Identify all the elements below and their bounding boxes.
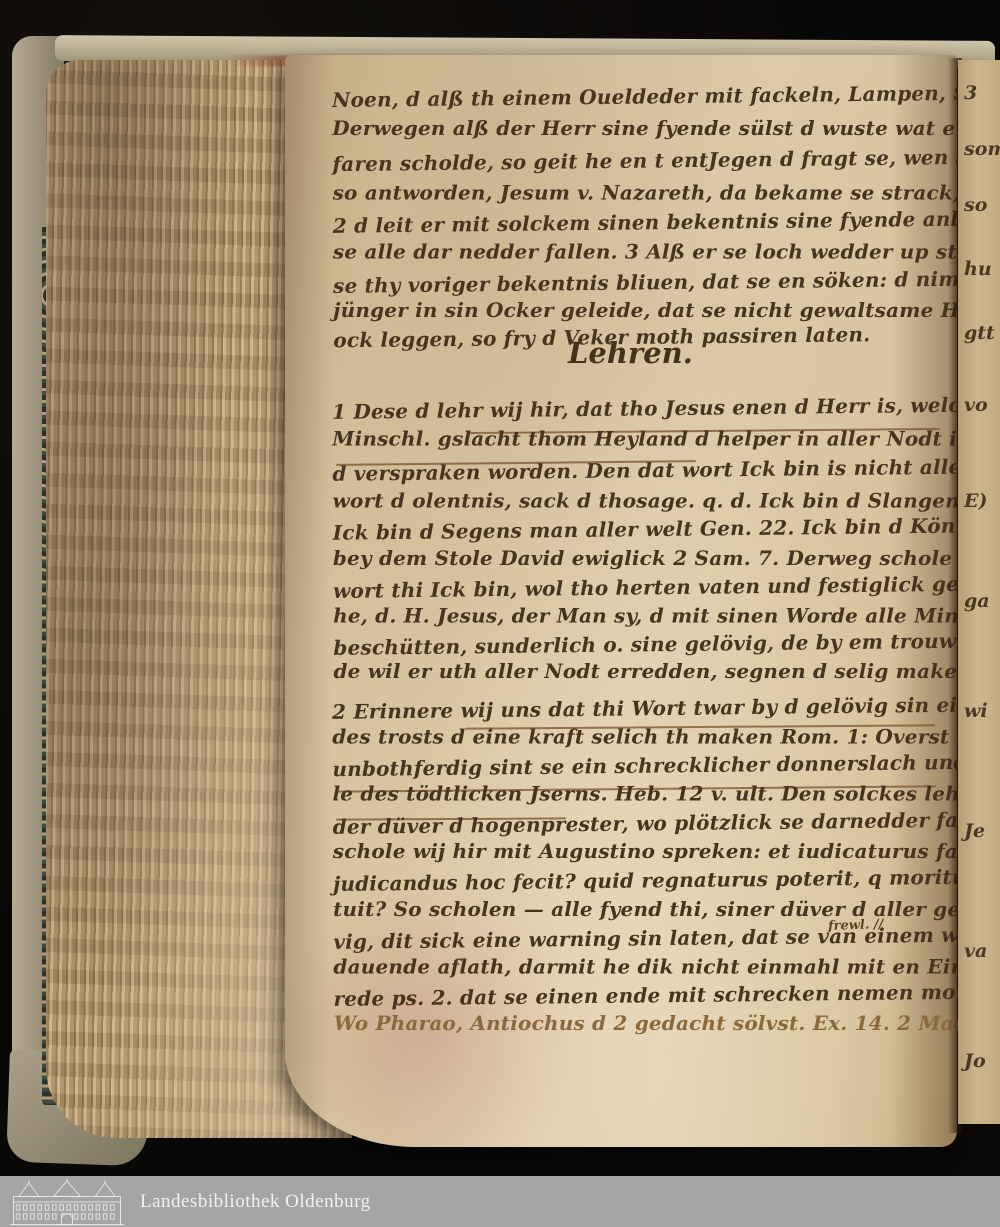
text-line: tuit? So scholen — alle fyend thi, siner… (333, 897, 982, 921)
text-fragment: ga (964, 590, 990, 612)
next-page-sliver: 3 som so hu gtt vo E) ga wi Je va Jo (958, 60, 1000, 1124)
text-line: de wil er uth aller Nodt erredden, segne… (333, 659, 1000, 683)
text-line: bey dem Stole David ewiglick 2 Sam. 7. D… (333, 546, 1000, 570)
text-fragment: va (964, 940, 987, 962)
text-fragment: vo (964, 394, 988, 416)
text-line: Derwegen alß der Herr sine fyende sülst … (332, 116, 1000, 140)
text-fragment: hu (964, 258, 992, 280)
text-fragment: som (964, 138, 1000, 160)
section-heading: Lehren. (568, 336, 693, 370)
text-fragment: so (964, 194, 987, 216)
text-fragment: Jo (964, 1050, 986, 1072)
text-line: Minschl. gslacht thom Heyland d helper i… (332, 427, 1000, 451)
manuscript-scan: Noen, d alß th einem Oueldeder mit facke… (0, 0, 1000, 1227)
text-line: se alle dar nedder fallen. 3 Alß er se l… (333, 240, 1000, 264)
library-building-icon (8, 1177, 126, 1227)
text-line: dauende aflath, darmit he dik nicht einm… (333, 955, 1000, 979)
text-line: le des tödtlicken Jserns. Heb. 12 v. ult… (333, 782, 1000, 806)
interlinear-insertion-note: frewl. // (828, 917, 884, 934)
text-fragment: 3 (964, 82, 977, 104)
text-line: jünger in sin Ocker geleide, dat se nich… (333, 298, 1000, 322)
text-line: wort d olentnis, sack d thosage. q. d. I… (333, 489, 1000, 513)
text-line: schole wij hir mit Augustino spreken: et… (333, 839, 1000, 863)
text-fragment: gtt (964, 322, 995, 344)
text-fragment: E) (964, 490, 987, 512)
library-name-label: Landesbibliothek Oldenburg (140, 1191, 371, 1213)
text-line: des trosts d eine kraft selich th maken … (332, 724, 1000, 748)
library-watermark-bar: Landesbibliothek Oldenburg (0, 1176, 1000, 1227)
text-fragment: Je (964, 820, 985, 842)
text-line: Wo Pharao, Antiochus d 2 gedacht sölvst.… (334, 1011, 1000, 1035)
text-line: so antworden, Jesum v. Nazareth, da beka… (333, 181, 1000, 205)
text-line: he, d. H. Jesus, der Man sy, d mit sinen… (333, 604, 1000, 628)
text-fragment: wi (964, 700, 988, 722)
